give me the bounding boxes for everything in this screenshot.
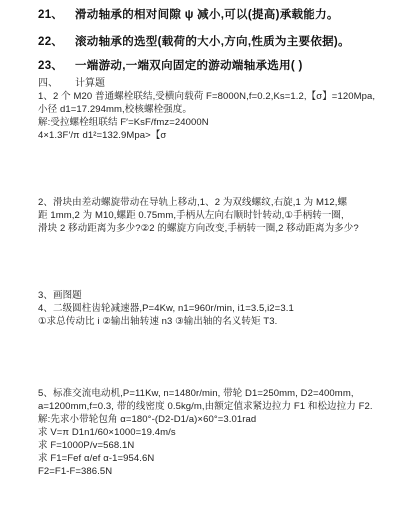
review-question-22: 22、 滚动轴承的选型(载荷的大小,方向,性质为主要依据)。 bbox=[38, 34, 396, 50]
problem-solution-line: 求 F1=Fef α/ef α-1=954.6N bbox=[38, 452, 396, 465]
problem-line: ①求总传动比 i ②输出轴转速 n3 ③输出轴的名义转矩 T3. bbox=[38, 315, 396, 328]
problem-line: 4、二级圆柱齿轮减速器,P=4Kw, n1=960r/min, i1=3.5,i… bbox=[38, 302, 396, 315]
problem-solution-line: 解:受拉螺栓组联结 F′=KsF/fmz=24000N bbox=[38, 116, 396, 129]
problem-2-block: 2、滑块由差动螺旋带动在导轨上移动,1、2 为双线螺纹,右旋,1 为 M12,螺… bbox=[38, 196, 396, 235]
problem-5-block: 5、标准交流电动机,P=11Kw, n=1480r/min, 带轮 D1=250… bbox=[38, 387, 396, 478]
review-question-21: 21、 滑动轴承的相对间隙 ψ 减小,可以(提高)承载能力。 bbox=[38, 7, 396, 23]
problem-line: 距 1mm,2 为 M10,螺距 0.75mm,手柄从左向右顺时针转动,①手柄转… bbox=[38, 209, 396, 222]
problem-line: a=1200mm,f=0.3, 带的线密度 0.5kg/m,由额定值求紧边拉力 … bbox=[38, 400, 396, 413]
review-question-23: 23、 一端游动,一端双向固定的游动端轴承选用( ) bbox=[38, 58, 396, 74]
section-header-calculation: 四、 计算题 bbox=[38, 77, 396, 90]
problem-line: 3、画图题 bbox=[38, 289, 396, 302]
problem-solution-line: 求 F=1000P/v=568.1N bbox=[38, 439, 396, 452]
question-number: 23、 bbox=[38, 58, 75, 74]
problem-line: 2、滑块由差动螺旋带动在导轨上移动,1、2 为双线螺纹,右旋,1 为 M12,螺 bbox=[38, 196, 396, 209]
problem-line: 5、标准交流电动机,P=11Kw, n=1480r/min, 带轮 D1=250… bbox=[38, 387, 396, 400]
problem-solution-line: F2=F1-F=386.5N bbox=[38, 465, 396, 478]
section-title: 计算题 bbox=[75, 77, 105, 90]
problem-line: 1、2 个 M20 普通螺栓联结,受横向载荷 F=8000N,f=0.2,Ks=… bbox=[38, 90, 396, 103]
question-text: 一端游动,一端双向固定的游动端轴承选用( ) bbox=[75, 58, 303, 74]
problem-3-4-block: 3、画图题 4、二级圆柱齿轮减速器,P=4Kw, n1=960r/min, i1… bbox=[38, 289, 396, 328]
question-number: 22、 bbox=[38, 34, 75, 50]
problem-1-block: 1、2 个 M20 普通螺栓联结,受横向载荷 F=8000N,f=0.2,Ks=… bbox=[38, 90, 396, 142]
problem-solution-line: 解:先求小带轮包角 α=180°-(D2-D1/a)×60°=3.01rad bbox=[38, 413, 396, 426]
question-text: 滚动轴承的选型(载荷的大小,方向,性质为主要依据)。 bbox=[75, 34, 350, 50]
problem-line: 滑块 2 移动距离为多少?②2 的螺旋方向改变,手柄转一圈,2 移动距离为多少? bbox=[38, 222, 396, 235]
problem-solution-line: 求 V=π D1n1/60×1000=19.4m/s bbox=[38, 426, 396, 439]
question-text: 滑动轴承的相对间隙 ψ 减小,可以(提高)承载能力。 bbox=[75, 7, 339, 23]
question-number: 21、 bbox=[38, 7, 75, 23]
problem-line: 小径 d1=17.294mm,校核螺栓强度。 bbox=[38, 103, 396, 116]
section-number: 四、 bbox=[38, 77, 75, 90]
exam-document-page: 21、 滑动轴承的相对间隙 ψ 减小,可以(提高)承载能力。 22、 滚动轴承的… bbox=[0, 0, 406, 520]
problem-solution-line: 4×1.3F′/π d1²=132.9Mpa>【σ bbox=[38, 129, 396, 142]
